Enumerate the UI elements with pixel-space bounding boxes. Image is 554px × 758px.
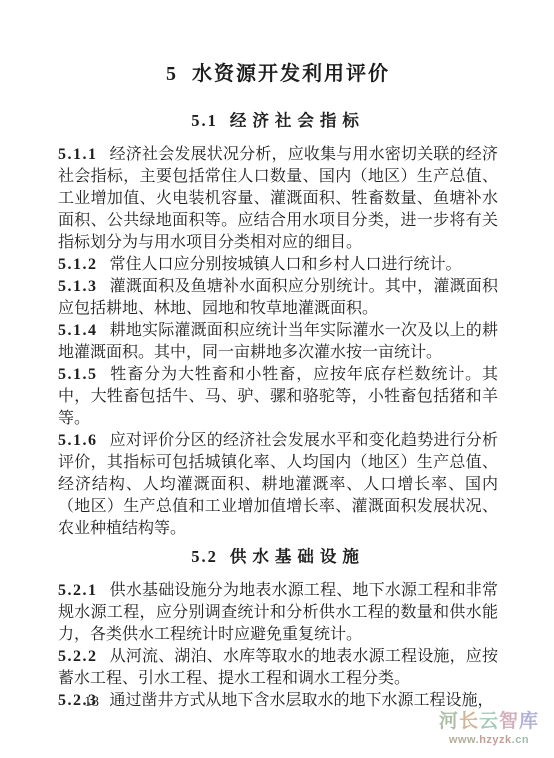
clause-number: 5.1.6 — [58, 432, 98, 449]
watermark-url-part: www. — [449, 734, 479, 746]
clause-number: 5.1.5 — [58, 366, 98, 383]
chapter-title-text: 水资源开发利用评价 — [192, 63, 390, 85]
clause-5-1-1: 5.1.1经济社会发展状况分析，应收集与用水密切关联的经济社会指标，主要包括常住… — [58, 144, 498, 254]
page-number: 18 — [84, 694, 99, 710]
section-economic-social-indicators: 5.1经济社会指标 5.1.1经济社会发展状况分析，应收集与用水密切关联的经济社… — [58, 110, 498, 540]
clause-text: 常住人口应分别按城镇人口和乡村人口进行统计。 — [110, 256, 462, 273]
clause-number: 5.1.3 — [58, 278, 98, 295]
clause-number: 5.1.4 — [58, 322, 98, 339]
section-water-supply-infrastructure: 5.2供水基础设施 5.2.1供水基础设施分为地表水源工程、地下水源工程和非常规… — [58, 546, 498, 712]
clause-5-1-4: 5.1.4耕地实际灌溉面积应统计当年实际灌水一次及以上的耕地灌溉面积。其中，同一… — [58, 320, 498, 364]
clause-number: 5.2.1 — [58, 582, 98, 599]
clause-5-1-3: 5.1.3灌溉面积及鱼塘补水面积应分别统计。其中，灌溉面积应包括耕地、林地、园地… — [58, 276, 498, 320]
clause-text: 通过凿井方式从地下含水层取水的地下水源工程设施， — [110, 692, 494, 709]
section-5-2-heading: 5.2供水基础设施 — [58, 546, 498, 568]
clause-text: 灌溉面积及鱼塘补水面积应分别统计。其中，灌溉面积应包括耕地、林地、园地和牧草地灌… — [58, 278, 498, 317]
watermark-url-part: .cn — [512, 734, 529, 746]
clause-number: 5.1.1 — [58, 146, 98, 163]
clause-text: 供水基础设施分为地表水源工程、地下水源工程和非常规水源工程，应分别调查统计和分析… — [58, 582, 498, 643]
chapter-number: 5 — [166, 63, 176, 85]
section-title: 供水基础设施 — [230, 547, 365, 566]
clause-5-2-3: 5.2.3通过凿井方式从地下含水层取水的地下水源工程设施， — [58, 690, 498, 712]
document-page: 5水资源开发利用评价 5.1经济社会指标 5.1.1经济社会发展状况分析，应收集… — [0, 0, 554, 758]
clause-text: 应对评价分区的经济社会发展水平和变化趋势进行分析评价，其指标可包括城镇化率、人均… — [58, 432, 498, 537]
chapter-title: 5水资源开发利用评价 — [58, 60, 498, 88]
clause-5-2-1: 5.2.1供水基础设施分为地表水源工程、地下水源工程和非常规水源工程，应分别调查… — [58, 580, 498, 646]
section-number: 5.2 — [191, 547, 218, 566]
clause-5-1-2: 5.1.2常住人口应分别按城镇人口和乡村人口进行统计。 — [58, 254, 498, 276]
watermark-title: 河长云智库 — [439, 712, 539, 732]
clause-text: 从河流、湖泊、水库等取水的地表水源工程设施，应按蓄水工程、引水工程、提水工程和调… — [58, 648, 498, 687]
clause-5-1-5: 5.1.5牲畜分为大牲畜和小牲畜，应按年底存栏数统计。其中，大牲畜包括牛、马、驴… — [58, 364, 498, 430]
clause-number: 5.1.2 — [58, 256, 98, 273]
clause-text: 经济社会发展状况分析，应收集与用水密切关联的经济社会指标，主要包括常住人口数量、… — [58, 146, 498, 251]
clause-5-2-2: 5.2.2从河流、湖泊、水库等取水的地表水源工程设施，应按蓄水工程、引水工程、提… — [58, 646, 498, 690]
clause-text: 耕地实际灌溉面积应统计当年实际灌水一次及以上的耕地灌溉面积。其中，同一亩耕地多次… — [58, 322, 498, 361]
page-content: 5水资源开发利用评价 5.1经济社会指标 5.1.1经济社会发展状况分析，应收集… — [58, 60, 498, 712]
clause-5-1-6: 5.1.6应对评价分区的经济社会发展水平和变化趋势进行分析评价，其指标可包括城镇… — [58, 430, 498, 540]
watermark-char: 河 — [439, 711, 459, 732]
clause-text: 牲畜分为大牲畜和小牲畜，应按年底存栏数统计。其中，大牲畜包括牛、马、驴、骡和骆驼… — [58, 366, 498, 427]
watermark-char: 库 — [519, 711, 539, 732]
watermark-char: 长 — [459, 711, 479, 732]
watermark-url-part: hzyzk — [479, 734, 511, 746]
watermark-char: 智 — [499, 711, 519, 732]
section-number: 5.1 — [191, 111, 218, 130]
watermark-char: 云 — [479, 711, 499, 732]
watermark: 河长云智库 www.hzyzk.cn — [439, 712, 539, 746]
section-title: 经济社会指标 — [230, 111, 365, 130]
section-5-1-heading: 5.1经济社会指标 — [58, 110, 498, 132]
watermark-url: www.hzyzk.cn — [439, 734, 539, 746]
clause-number: 5.2.2 — [58, 648, 98, 665]
